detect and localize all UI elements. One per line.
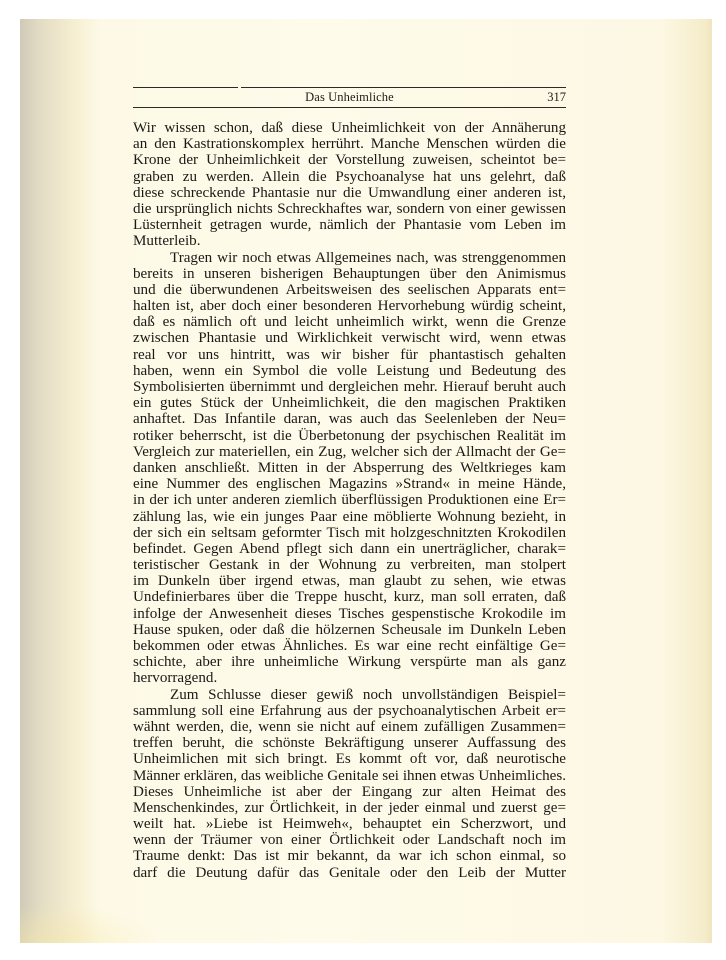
text-line: bekommen oder etwas Ähnliches. Es war ei…: [133, 638, 566, 654]
text-line: diese schreckende Phantasie nur die Umwa…: [133, 185, 566, 201]
text-line: schichte, aber ihre unheimliche Wirkung …: [133, 654, 566, 670]
paragraph-start-line: Zum Schlusse dieser gewiß noch unvollstä…: [133, 687, 566, 703]
text-line: die ursprünglich nichts Schreckhaftes wa…: [133, 201, 566, 217]
body-text: Wir wissen schon, daß diese Unheimlichke…: [133, 120, 566, 881]
text-line: Symbolisierten übernimmt und dergleichen…: [133, 379, 566, 395]
header-bottom-rule: [133, 107, 566, 108]
text-line: Menschenkindes, zur Örtlichkeit, in der …: [133, 800, 566, 816]
text-line: Hause spuken, oder daß die hölzernen Sch…: [133, 622, 566, 638]
text-line: zählung las, wie ein junges Paar eine mö…: [133, 509, 566, 525]
text-line: Männer erklären, das weibliche Genitale …: [133, 768, 566, 784]
text-line: Wir wissen schon, daß diese Unheimlichke…: [133, 120, 566, 136]
text-line: eine Nummer des englischen Magazins »Str…: [133, 476, 566, 492]
text-line: Traume denkt: Das ist mir bekannt, da wa…: [133, 848, 566, 864]
book-page: Das Unheimliche 317 Wir wissen schon, da…: [20, 19, 712, 943]
text-line: graben zu werden. Allein die Psychoanaly…: [133, 169, 566, 185]
text-line: Mutterleib.: [133, 233, 566, 249]
text-line: der sich ein seltsam geformter Tisch mit…: [133, 525, 566, 541]
text-line: wähnt werden, die, wenn sie nicht auf ei…: [133, 719, 566, 735]
running-header: Das Unheimliche 317: [133, 87, 566, 109]
text-line: Unheimlichen mit sich bringt. Es kommt o…: [133, 751, 566, 767]
text-line: haben, wenn ein Symbol die volle Leistun…: [133, 363, 566, 379]
text-line: und die überwundenen Arbeitsweisen des s…: [133, 282, 566, 298]
text-line: treffen beruht, die schönste Bekräftigun…: [133, 735, 566, 751]
running-header-title: Das Unheimliche: [133, 90, 566, 105]
text-line: wenn der Träumer von einer Örtlichkeit o…: [133, 832, 566, 848]
text-line: an den Kastrationskomplex herrührt. Manc…: [133, 136, 566, 152]
text-line: in der ich unter anderen ziemlich überfl…: [133, 492, 566, 508]
header-top-rule: [133, 87, 566, 88]
text-line: danken anschließt. Mitten in der Absperr…: [133, 460, 566, 476]
text-line: weilt hat. »Liebe ist Heimweh«, behaupte…: [133, 816, 566, 832]
text-line: rotiker beherrscht, ist die Überbetonung…: [133, 428, 566, 444]
text-line: Vergleich zur materiellen, ein Zug, welc…: [133, 444, 566, 460]
text-line: bereits in unseren bisherigen Behauptung…: [133, 266, 566, 282]
text-line: infolge der Anwesenheit dieses Tisches g…: [133, 606, 566, 622]
text-line: Krone der Unheimlichkeit der Vorstellung…: [133, 152, 566, 168]
text-line: teristischer Gestank in der Wohnung zu v…: [133, 557, 566, 573]
text-line: Undefinierbares über die Treppe huscht, …: [133, 589, 566, 605]
paragraph-start-line: Tragen wir noch etwas Allgemeines nach, …: [133, 250, 566, 266]
page-number: 317: [547, 90, 566, 105]
text-line: anhaftet. Das Infantile daran, was auch …: [133, 411, 566, 427]
text-line: real vor uns hintritt, was wir bisher fü…: [133, 347, 566, 363]
text-line: daß es nämlich oft und leicht unheimlich…: [133, 314, 566, 330]
text-line: darf die Deutung dafür das Genitale oder…: [133, 865, 566, 881]
text-line: Dieses Unheimliche ist aber der Eingang …: [133, 784, 566, 800]
text-line: sammlung soll eine Erfahrung aus der psy…: [133, 703, 566, 719]
text-line: hervorragend.: [133, 670, 566, 686]
text-line: halten ist, aber doch einer besonderen H…: [133, 298, 566, 314]
text-line: Lüsternheit getragen wurde, nämlich der …: [133, 217, 566, 233]
text-line: befindet. Gegen Abend pflegt sich dann e…: [133, 541, 566, 557]
text-line: im Dunkeln über irgend etwas, man glaubt…: [133, 573, 566, 589]
text-line: zwischen Phantasie und Wirklichkeit verw…: [133, 330, 566, 346]
text-line: ein gutes Stück der Unheimlichkeit, die …: [133, 395, 566, 411]
